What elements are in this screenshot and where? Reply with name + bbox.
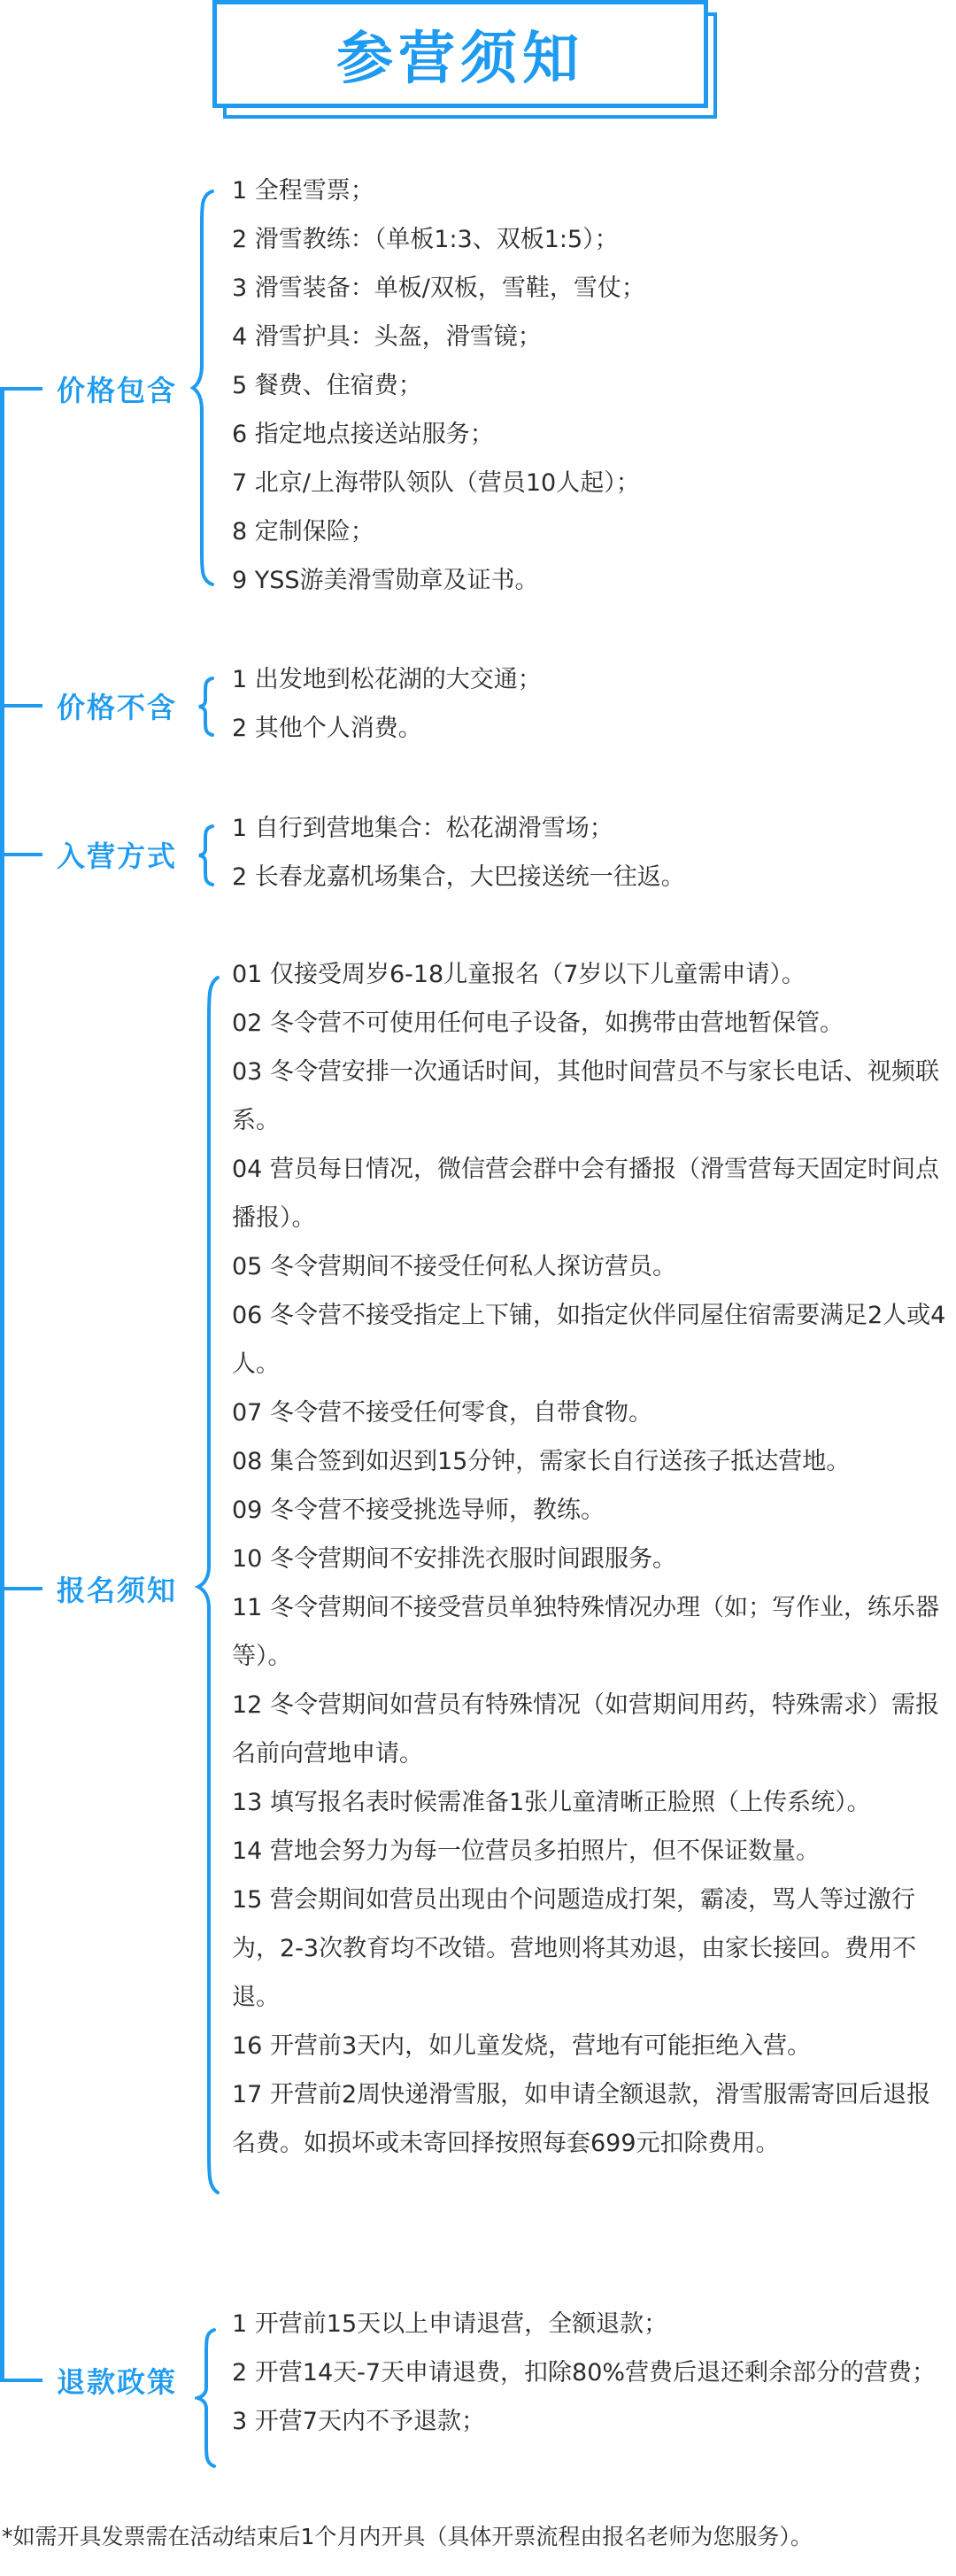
brace-icon (195, 974, 221, 2196)
list-item: 2 滑雪教练：（单板1:3、双板1:5）； (232, 215, 645, 264)
branch-line-check-in-method (0, 853, 42, 856)
list-item: 17 开营前2周快递滑雪服，如申请全额退款，滑雪服需寄回后退报名费。如损坏或未寄… (232, 2070, 949, 2168)
list-item: 5 餐费、住宿费； (232, 361, 645, 410)
section-label-refund-policy: 退款政策 (57, 2360, 177, 2401)
title-box: 参营须知 (212, 0, 708, 108)
list-item: 1 全程雪票； (232, 166, 645, 215)
list-item: 2 长春龙嘉机场集合，大巴接送统一往返。 (232, 853, 685, 901)
list-item: 09 冬令营不接受挑选导师，教练。 (232, 1486, 949, 1535)
list-item: 05 冬令营期间不接受任何私人探访营员。 (232, 1242, 949, 1291)
brace-icon (189, 188, 216, 588)
list-item: 2 开营14天-7天申请退费，扣除80%营费后退还剩余部分的营费； (232, 2348, 949, 2397)
branch-line-registration-notes (0, 1587, 42, 1590)
list-price-excluded: 1 出发地到松花湖的大交通； 2 其他个人消费。 (232, 655, 542, 753)
list-item: 1 自行到营地集合：松花湖滑雪场； (232, 804, 685, 853)
list-item: 16 开营前3天内，如儿童发烧，营地有可能拒绝入营。 (232, 2022, 949, 2070)
tree-trunk-line (0, 387, 4, 2379)
list-item: 14 营地会努力为每一位营员多拍照片，但不保证数量。 (232, 1827, 949, 1876)
list-item: 4 滑雪护具：头盔，滑雪镜； (232, 313, 645, 361)
brace-icon (197, 676, 216, 738)
branch-line-refund-policy (0, 2379, 42, 2382)
list-item: 08 集合签到如迟到15分钟，需家长自行送孩子抵达营地。 (232, 1437, 949, 1486)
list-item: 1 开营前15天以上申请退营，全额退款； (232, 2300, 949, 2348)
brace-icon (195, 2327, 218, 2469)
section-label-check-in-method: 入营方式 (57, 834, 177, 875)
list-item: 03 冬令营安排一次通话时间，其他时间营员不与家长电话、视频联系。 (232, 1048, 949, 1145)
section-label-price-included: 价格包含 (57, 368, 177, 409)
list-check-in-method: 1 自行到营地集合：松花湖滑雪场； 2 长春龙嘉机场集合，大巴接送统一往返。 (232, 804, 685, 901)
list-item: 3 滑雪装备：单板/双板，雪鞋，雪仗； (232, 264, 645, 313)
list-item: 9 YSS游美滑雪勋章及证书。 (232, 556, 645, 605)
list-item: 01 仅接受周岁6-18儿童报名（7岁以下儿童需申请）。 (232, 950, 949, 999)
list-item: 7 北京/上海带队领队（营员10人起）； (232, 459, 645, 507)
list-item: 12 冬令营期间如营员有特殊情况（如营期间用药，特殊需求）需报名前向营地申请。 (232, 1681, 949, 1778)
list-item: 1 出发地到松花湖的大交通； (232, 655, 542, 704)
list-item: 11 冬令营期间不接受营员单独特殊情况办理（如；写作业，练乐器等）。 (232, 1583, 949, 1681)
section-label-price-excluded: 价格不含 (57, 685, 177, 726)
list-registration-notes: 01 仅接受周岁6-18儿童报名（7岁以下儿童需申请）。 02 冬令营不可使用任… (232, 950, 949, 2168)
list-item: 3 开营7天内不予退款； (232, 2397, 949, 2446)
page-title: 参营须知 (336, 13, 584, 95)
list-price-included: 1 全程雪票； 2 滑雪教练：（单板1:3、双板1:5）； 3 滑雪装备：单板/… (232, 166, 645, 605)
list-item: 10 冬令营期间不安排洗衣服时间跟服务。 (232, 1535, 949, 1583)
list-refund-policy: 1 开营前15天以上申请退营，全额退款； 2 开营14天-7天申请退费，扣除80… (232, 2300, 949, 2446)
list-item: 06 冬令营不接受指定上下铺，如指定伙伴同屋住宿需要满足2人或4人。 (232, 1291, 949, 1389)
list-item: 8 定制保险； (232, 507, 645, 556)
list-item: 13 填写报名表时候需准备1张儿童清晰正脸照（上传系统）。 (232, 1778, 949, 1827)
branch-line-price-excluded (0, 704, 42, 708)
list-item: 02 冬令营不可使用任何电子设备，如携带由营地暂保管。 (232, 999, 949, 1048)
branch-line-price-included (0, 387, 42, 391)
brace-icon (197, 824, 216, 887)
list-item: 15 营会期间如营员出现由个问题造成打架，霸凌，骂人等过激行为，2-3次教育均不… (232, 1876, 949, 2022)
invoice-footnote: *如需开具发票需在活动结束后1个月内开具（具体开票流程由报名老师为您服务）。 (2, 2519, 813, 2551)
list-item: 2 其他个人消费。 (232, 704, 542, 753)
section-label-registration-notes: 报名须知 (57, 1568, 177, 1609)
list-item: 04 营员每日情况，微信营会群中会有播报（滑雪营每天固定时间点播报）。 (232, 1145, 949, 1242)
list-item: 07 冬令营不接受任何零食，自带食物。 (232, 1389, 949, 1437)
list-item: 6 指定地点接送站服务； (232, 410, 645, 459)
